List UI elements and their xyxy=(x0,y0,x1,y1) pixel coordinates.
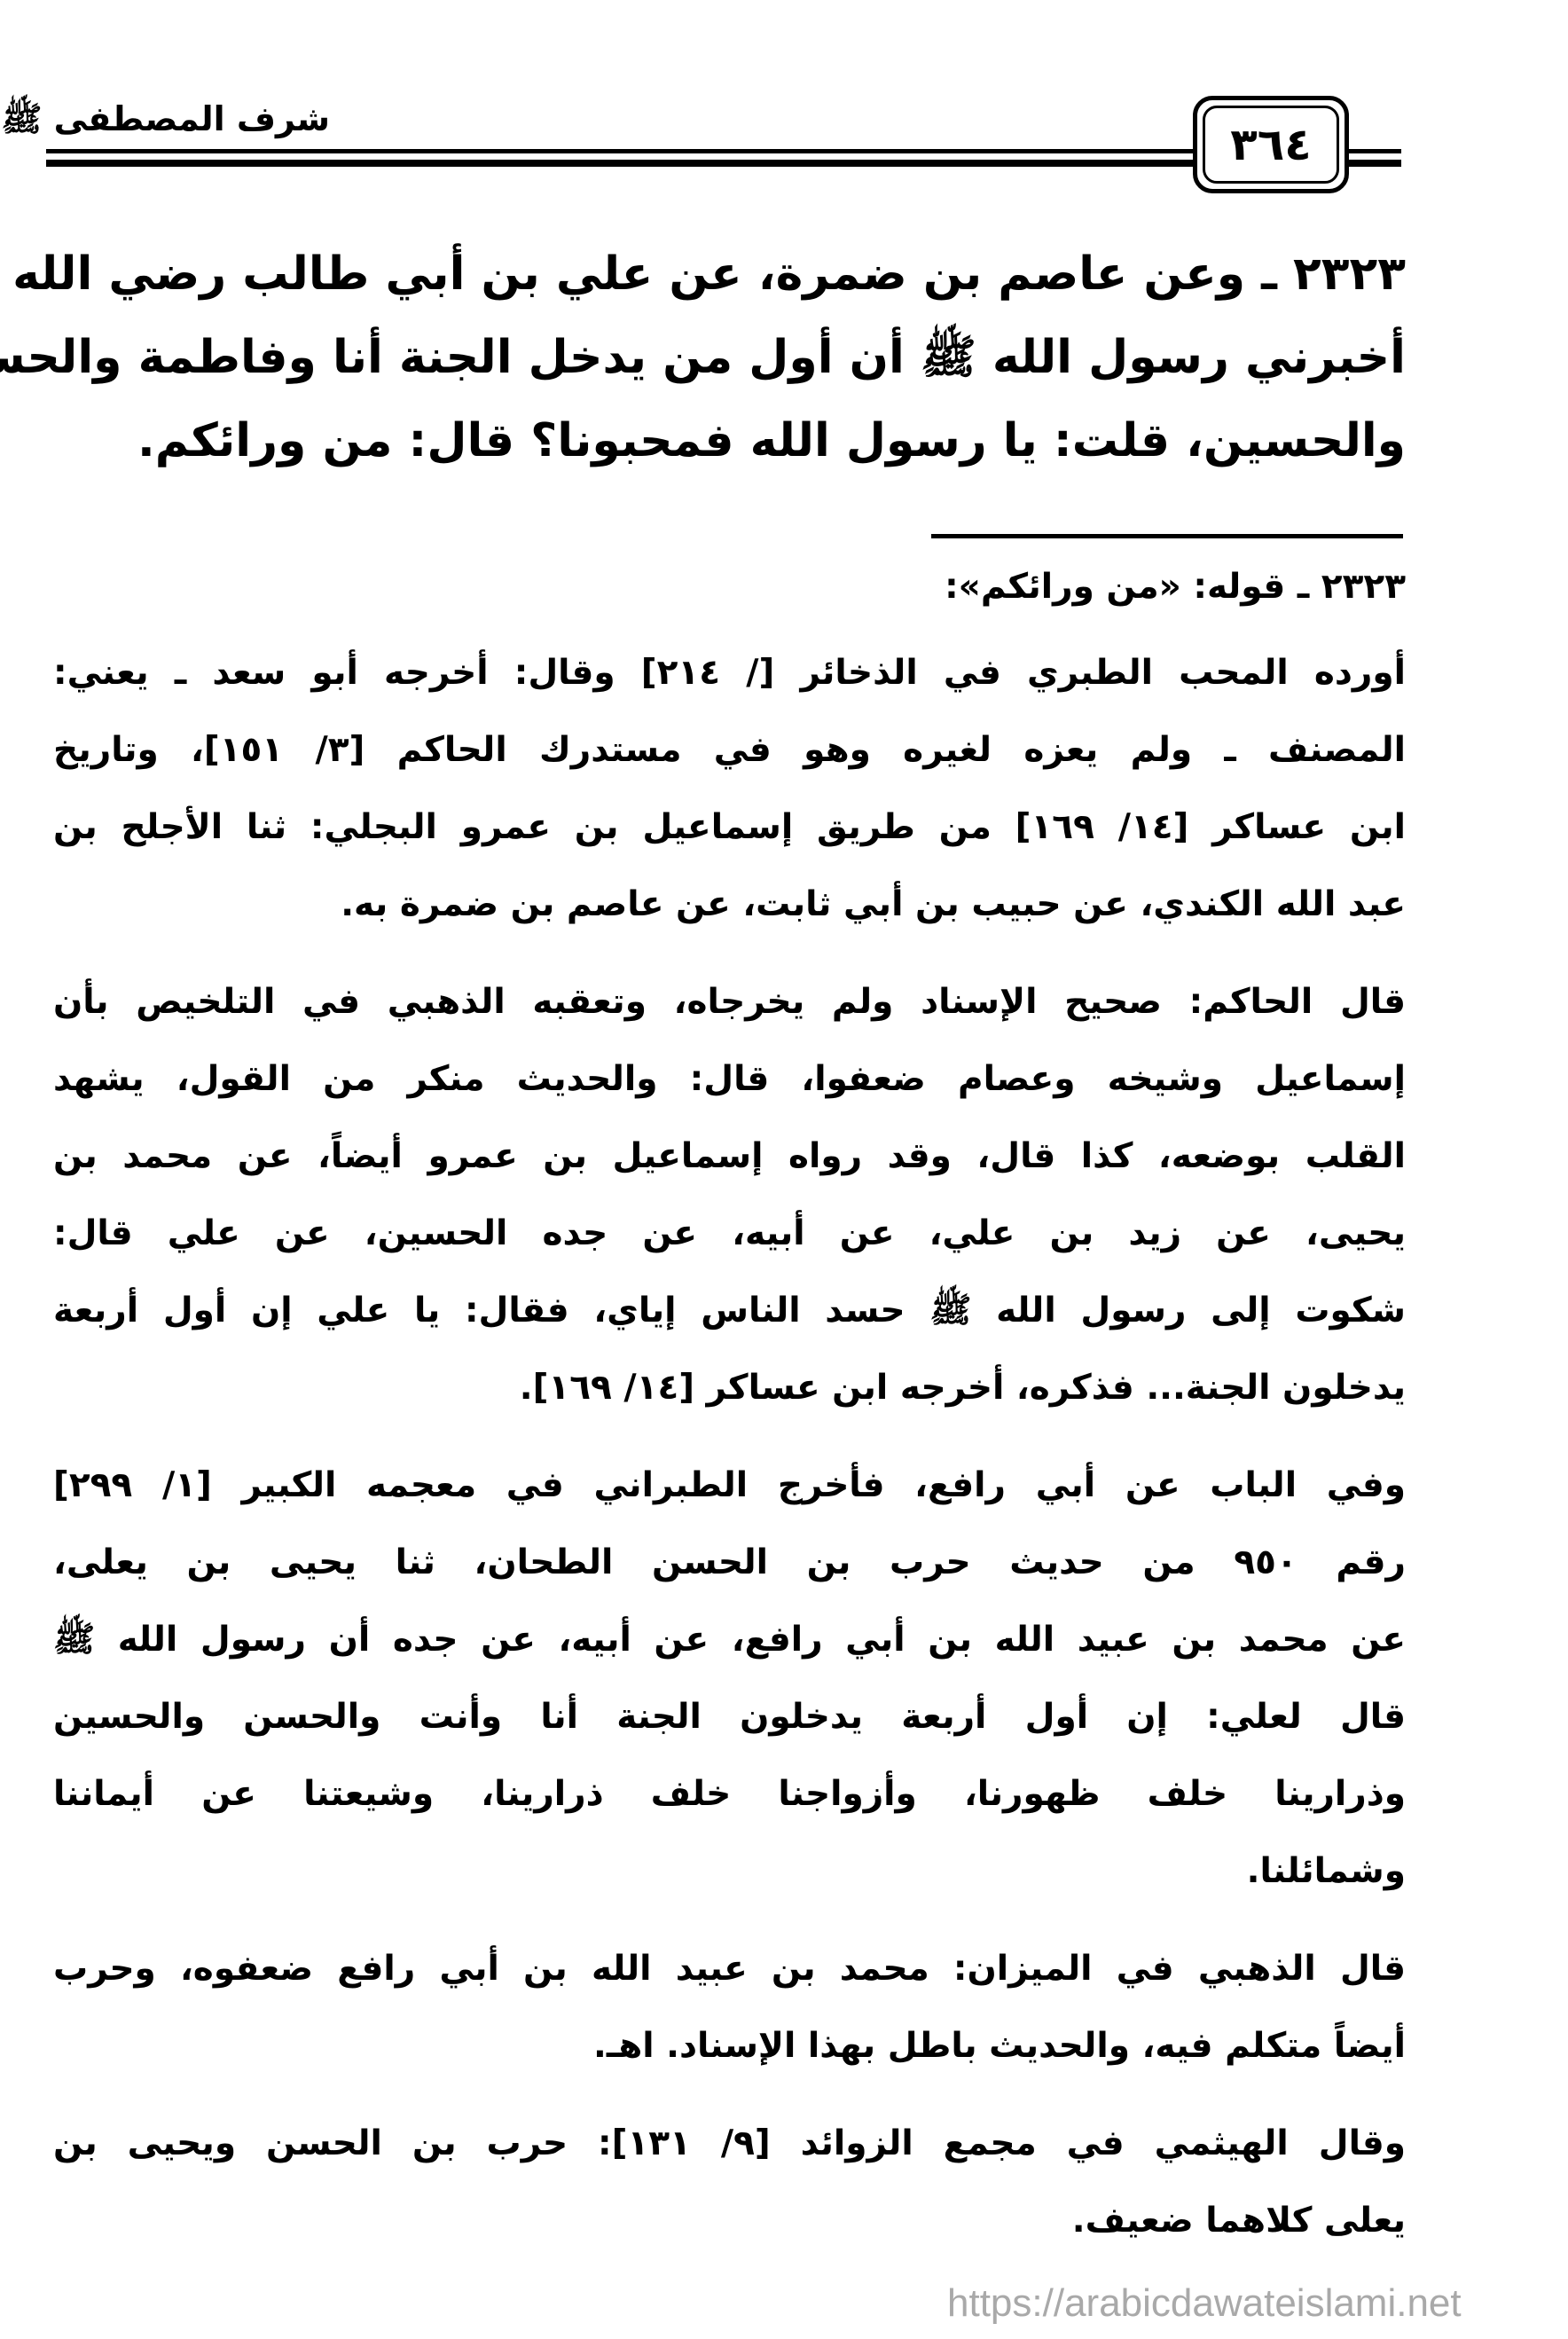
footnote-line: يحيى، عن زيد بن علي، عن أبيه، عن جده الح… xyxy=(53,1195,1406,1272)
footnote-paragraph: أورده المحب الطبري في الذخائر [/ ٢١٤] وق… xyxy=(53,634,1406,943)
footnote-line: رقم ٩٥٠ من حديث حرب بن الحسن الطحان، ثنا… xyxy=(53,1524,1406,1601)
footnote-line: يدخلون الجنة... فذكره، أخرجه ابن عساكر [… xyxy=(53,1349,1406,1426)
header-rule xyxy=(46,149,1197,153)
footnote-paragraph: قال الذهبي في الميزان: محمد بن عبيد الله… xyxy=(53,1930,1406,2084)
footnote-line: قال لعلي: إن أول أربعة يدخلون الجنة أنا … xyxy=(53,1678,1406,1755)
footnote-heading: ٢٣٢٣ ـ قوله: «من ورائكم»: xyxy=(53,548,1406,625)
footnote-line: المصنف ـ ولم يعزه لغيره وهو في مستدرك ال… xyxy=(53,711,1406,789)
footnote-line: قال الحاكم: صحيح الإسناد ولم يخرجاه، وتع… xyxy=(53,963,1406,1040)
footnote-line: القلب بوضعه، كذا قال، وقد رواه إسماعيل ب… xyxy=(53,1118,1406,1195)
footnote-paragraph: وفي الباب عن أبي رافع، فأخرج الطبراني في… xyxy=(53,1447,1406,1910)
watermark-url: https://arabicdawateislami.net xyxy=(947,2278,1444,2329)
running-title: شرف المصطفى ﷺ xyxy=(46,92,330,145)
footnote-line: يعلى كلاهما ضعيف. xyxy=(53,2182,1406,2259)
footnotes: ٢٣٢٣ ـ قوله: «من ورائكم»: أورده المحب ال… xyxy=(53,548,1406,2280)
footnote-line: شكوت إلى رسول الله ﷺ حسد الناس إياي، فقا… xyxy=(53,1272,1406,1349)
footnote-line: قال الذهبي في الميزان: محمد بن عبيد الله… xyxy=(53,1930,1406,2007)
footnote-line: وشمائلنا. xyxy=(53,1833,1406,1910)
footnote-line: وذرارينا خلف ظهورنا، وأزواجنا خلف ذرارين… xyxy=(53,1755,1406,1833)
footnote-line: وقال الهيثمي في مجمع الزوائد [٩/ ١٣١]: ح… xyxy=(53,2105,1406,2182)
header-rule xyxy=(1348,160,1401,167)
footnote-line: ابن عساكر [١٤/ ١٦٩] من طريق إسماعيل بن ع… xyxy=(53,789,1406,866)
header-rule xyxy=(46,160,1197,167)
hadith-line: والحسين، قلت: يا رسول الله فمحبونا؟ قال:… xyxy=(49,399,1406,483)
hadith-text: ٢٣٢٣ ـ وعن عاصم بن ضمرة، عن علي بن أبي ط… xyxy=(49,232,1406,483)
footnote-line: عبد الله الكندي، عن حبيب بن أبي ثابت، عن… xyxy=(53,866,1406,943)
footnote-line: أورده المحب الطبري في الذخائر [/ ٢١٤] وق… xyxy=(53,634,1406,711)
hadith-line: ٢٣٢٣ ـ وعن عاصم بن ضمرة، عن علي بن أبي ط… xyxy=(49,232,1406,316)
footnote-line: إسماعيل وشيخه وعصام ضعفوا، قال: والحديث … xyxy=(53,1040,1406,1118)
book-page: شرف المصطفى ﷺ ٣٦٤ ٢٣٢٣ ـ وعن عاصم بن ضمر… xyxy=(0,0,1568,2339)
hadith-line: أخبرني رسول الله ﷺ أن أول من يدخل الجنة … xyxy=(49,316,1406,399)
page-number-frame: ٣٦٤ xyxy=(1193,96,1349,193)
footnote-separator xyxy=(931,534,1403,538)
page-number: ٣٦٤ xyxy=(1203,106,1339,184)
header-rule xyxy=(1348,149,1401,153)
footnote-line: أيضاً متكلم فيه، والحديث باطل بهذا الإسن… xyxy=(53,2007,1406,2084)
footnote-line: وفي الباب عن أبي رافع، فأخرج الطبراني في… xyxy=(53,1447,1406,1524)
footnote-paragraph: قال الحاكم: صحيح الإسناد ولم يخرجاه، وتع… xyxy=(53,963,1406,1426)
footnote-line: عن محمد بن عبيد الله بن أبي رافع، عن أبي… xyxy=(53,1601,1406,1678)
footnote-paragraph: وقال الهيثمي في مجمع الزوائد [٩/ ١٣١]: ح… xyxy=(53,2105,1406,2259)
